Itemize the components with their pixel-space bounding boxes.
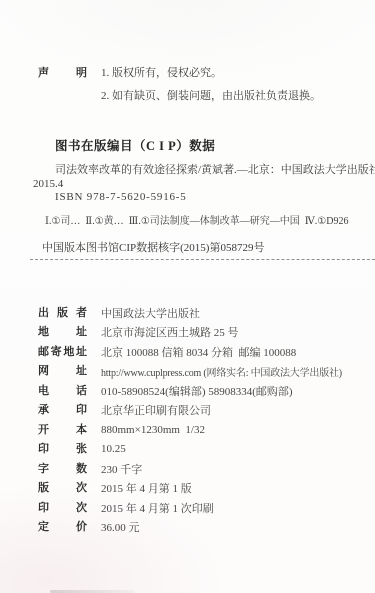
colophon-value: 北京 100088 信箱 8034 分箱 邮编 100088 — [101, 344, 296, 360]
colophon-value: 230 千字 — [101, 461, 142, 477]
cip-title-year: 2015.4 — [33, 178, 375, 192]
colophon-row-sheets: 印张 10.25 — [38, 440, 375, 460]
colophon-row-address: 地址 北京市海淀区西土城路 25 号 — [38, 323, 375, 343]
declaration-items: 1. 版权所有，侵权必究。 2. 如有缺页、倒装问题，由出版社负责退换。 — [101, 62, 321, 108]
colophon-label: 电话 — [38, 385, 87, 397]
declaration-item: 1. 版权所有，侵权必究。 — [101, 62, 321, 85]
declaration-item: 2. 如有缺页、倒装问题，由出版社负责退换。 — [101, 85, 321, 108]
colophon-value: 中国政法大学出版社 — [101, 305, 200, 321]
colophon-label: 定价 — [38, 521, 87, 533]
colophon-row-edition: 版次 2015 年 4 月第 1 版 — [38, 479, 375, 499]
colophon-row-format: 开本 880mm×1230mm 1/32 — [38, 420, 375, 440]
dashed-separator — [30, 259, 375, 260]
colophon-label: 版次 — [38, 482, 87, 494]
colophon-label: 印张 — [38, 443, 87, 455]
colophon-value: 2015 年 4 月第 1 次印刷 — [101, 500, 214, 516]
colophon-row-printer: 承印 北京华正印刷有限公司 — [38, 401, 375, 421]
colophon-table: 出版者 中国政法大学出版社 地址 北京市海淀区西土城路 25 号 邮寄地址 北京… — [38, 303, 375, 537]
colophon-label: 邮寄地址 — [38, 346, 87, 358]
colophon-value: 880mm×1230mm 1/32 — [101, 424, 205, 436]
colophon-label: 开本 — [38, 424, 87, 436]
colophon-value: 2015 年 4 月第 1 版 — [101, 480, 192, 496]
cip-record-number: 中国版本图书馆CIP数据核字(2015)第058729号 — [42, 239, 264, 255]
colophon-label: 承印 — [38, 404, 87, 416]
book-copyright-page: { "page": { "background": "#fdfdfc", "te… — [0, 0, 375, 593]
colophon-row-printing: 印次 2015 年 4 月第 1 次印刷 — [38, 498, 375, 518]
colophon-row-phone: 电话 010-58908524(编辑部) 58908334(邮购部) — [38, 381, 375, 401]
colophon-row-word-count: 字数 230 千字 — [38, 459, 375, 479]
colophon-label: 字数 — [38, 463, 87, 475]
colophon-row-price: 定价 36.00 元 — [38, 518, 375, 538]
isbn-number: ISBN 978-7-5620-5916-5 — [33, 191, 375, 205]
cip-title-line: 司法效率改革的有效途径探索/黄斌著.—北京：中国政法大学出版社, — [33, 164, 375, 178]
colophon-label: 印次 — [38, 502, 87, 514]
declaration-label: 声明 — [38, 62, 87, 85]
cip-bibliography: 司法效率改革的有效途径探索/黄斌著.—北京：中国政法大学出版社, 2015.4 … — [33, 164, 375, 205]
colophon-value: 36.00 元 — [101, 519, 140, 535]
cip-classification: Ⅰ.①司… Ⅱ.①黄… Ⅲ.①司法制度—体制改革—研究—中国 Ⅳ.①D926 — [45, 212, 375, 227]
colophon-row-publisher: 出版者 中国政法大学出版社 — [38, 303, 375, 323]
cip-heading: 图书在版编目（C I P）数据 — [55, 136, 215, 154]
colophon-label: 地址 — [38, 326, 87, 338]
colophon-value: 北京市海淀区西土城路 25 号 — [101, 324, 239, 340]
declaration-section: 声明 1. 版权所有，侵权必究。 2. 如有缺页、倒装问题，由出版社负责退换。 — [38, 62, 365, 108]
colophon-row-mailing-address: 邮寄地址 北京 100088 信箱 8034 分箱 邮编 100088 — [38, 342, 375, 362]
colophon-value: 10.25 — [101, 443, 126, 455]
colophon-label: 网址 — [38, 365, 87, 377]
colophon-value: 010-58908524(编辑部) 58908334(邮购部) — [101, 383, 293, 399]
colophon-row-website: 网址 http://www.cuplpress.com (网络实名: 中国政法大… — [38, 362, 375, 382]
colophon-value-url: http://www.cuplpress.com (网络实名: 中国政法大学出版… — [101, 364, 342, 379]
colophon-label: 出版者 — [38, 307, 87, 319]
colophon-value: 北京华正印刷有限公司 — [101, 402, 211, 418]
